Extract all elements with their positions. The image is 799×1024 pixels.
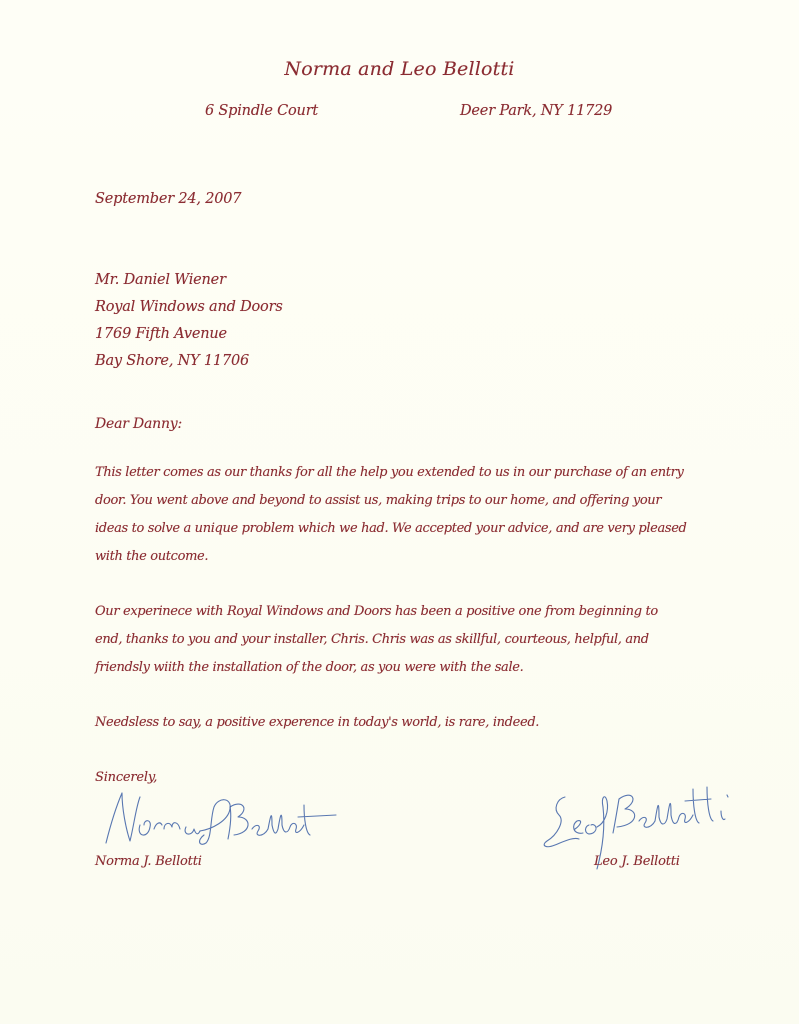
letterhead-city: Deer Park, NY 11729 [460, 103, 612, 119]
paragraph-2-line-2: end, thanks to you and your installer, C… [95, 632, 649, 647]
salutation: Dear Danny: [95, 416, 182, 432]
letterhead-names: Norma and Leo Bellotti [0, 58, 799, 80]
printed-name-norma: Norma J. Bellotti [95, 854, 202, 869]
paragraph-1-line-4: with the outcome. [95, 549, 208, 564]
paragraph-1-line-3: ideas to solve a unique problem which we… [95, 521, 687, 536]
recipient-street: 1769 Fifth Avenue [95, 326, 227, 342]
recipient-company: Royal Windows and Doors [95, 299, 283, 315]
recipient-city: Bay Shore, NY 11706 [95, 353, 249, 369]
paragraph-1-line-2: door. You went above and beyond to assis… [95, 493, 661, 508]
letter-page: Norma and Leo Bellotti 6 Spindle Court D… [0, 0, 799, 1024]
paragraph-2-line-1: Our experinece with Royal Windows and Do… [95, 604, 658, 619]
letter-date: September 24, 2007 [95, 191, 241, 207]
printed-name-leo: Leo J. Bellotti [594, 854, 680, 869]
paragraph-1-line-1: This letter comes as our thanks for all … [95, 465, 684, 480]
paragraph-2-line-3: friendsly wiith the installation of the … [95, 660, 523, 675]
recipient-name: Mr. Daniel Wiener [95, 272, 226, 288]
paragraph-3-line-1: Needsless to say, a positive experence i… [95, 715, 539, 730]
closing: Sincerely, [95, 770, 157, 785]
letterhead-street: 6 Spindle Court [205, 103, 318, 119]
signature-norma [100, 785, 340, 855]
